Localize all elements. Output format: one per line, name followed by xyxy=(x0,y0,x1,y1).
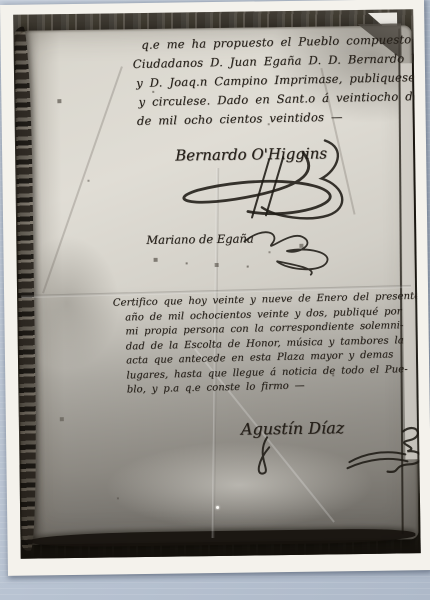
ink-specks xyxy=(15,31,17,33)
signature-diaz: Agustín Díaz xyxy=(241,409,421,492)
diaz-underflourish-icon xyxy=(251,435,284,477)
paper-crease xyxy=(42,66,123,293)
decree-paragraph: q.e me ha propuesto el Pueblo compuesto … xyxy=(113,30,411,131)
paper-bottom-edge xyxy=(27,528,415,547)
certification-paragraph: Certifico que hoy veinte y nueve de Ener… xyxy=(113,290,419,398)
egana-flourish-icon xyxy=(236,216,355,280)
dust-speck xyxy=(216,506,219,509)
manuscript-paper: q.e me ha propuesto el Pueblo compuesto … xyxy=(15,25,418,544)
diaz-rubric-icon xyxy=(345,421,420,474)
paper-binding-edge xyxy=(14,27,37,551)
signature-egana: Mariano de Egaña xyxy=(144,222,375,295)
photo-image: q.e me ha propuesto el Pueblo compuesto … xyxy=(13,9,421,559)
photo-print: q.e me ha propuesto el Pueblo compuesto … xyxy=(0,0,430,576)
